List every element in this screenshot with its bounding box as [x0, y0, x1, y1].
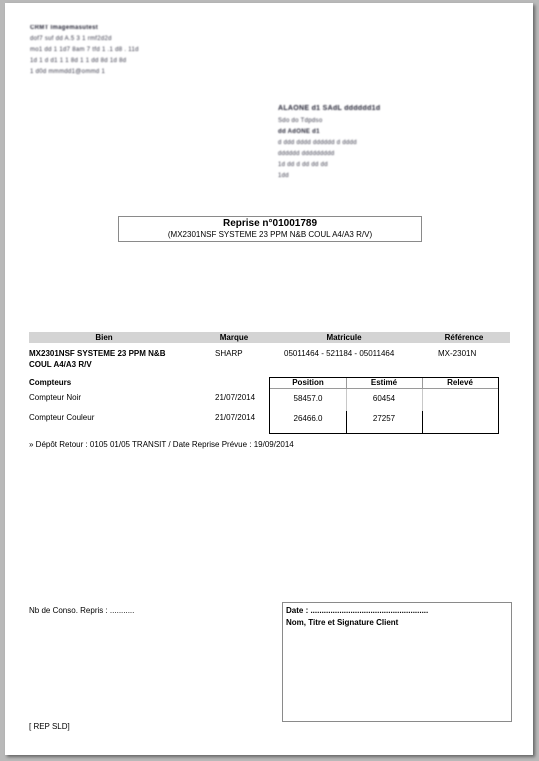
- footer-code: [ REP SLD]: [29, 721, 70, 732]
- estime-value: 60454: [346, 393, 422, 404]
- header-releve: Relevé: [422, 378, 498, 388]
- column-divider: [422, 411, 423, 433]
- signature-date-line: Date : .................................…: [286, 606, 428, 616]
- header-matricule: Matricule: [289, 332, 399, 343]
- sender-line: mo1 dd 1 1d7 8am 7 tfd 1 .1 d8 . 11d: [30, 45, 139, 56]
- column-divider: [422, 378, 423, 388]
- bien-line-2: COUL A4/A3 R/V: [29, 359, 92, 370]
- recipient-line: d ddd dddd dddddd d dddd: [278, 138, 380, 149]
- header-marque: Marque: [209, 332, 259, 343]
- title-box: Reprise n°01001789 (MX2301NSF SYSTEME 23…: [118, 216, 422, 242]
- marque-value: SHARP: [215, 348, 243, 359]
- counter-name: Compteur Noir: [29, 392, 81, 403]
- recipient-line: 1dd: [278, 171, 380, 182]
- position-value: 58457.0: [270, 393, 346, 404]
- header-reference: Référence: [429, 332, 499, 343]
- depot-return-line: » Dépôt Retour : 0105 01/05 TRANSIT / Da…: [29, 440, 294, 450]
- recipient-line: dddddd ddddddddd: [278, 149, 380, 160]
- reprise-number: Reprise n°01001789: [119, 218, 421, 230]
- counter-date: 21/07/2014: [215, 412, 255, 423]
- matricule-value: 05011464 - 521184 - 05011464: [284, 348, 394, 359]
- position-value: 26466.0: [270, 413, 346, 424]
- recipient-address-block: ALAONE d1 SAdL dddddd1d Sdo do Tdpdso dd…: [278, 103, 380, 182]
- counter-name: Compteur Couleur: [29, 412, 94, 423]
- signature-label: Nom, Titre et Signature Client: [286, 618, 398, 628]
- sender-line: 1d 1 d d1 1 1 8d 1 1 dd 8d 1d 8d: [30, 56, 139, 67]
- sender-line: 1 d0d mmmdd1@ommd 1: [30, 67, 139, 78]
- recipient-line: ALAONE d1 SAdL dddddd1d: [278, 103, 380, 114]
- column-divider: [346, 378, 347, 388]
- counters-label: Compteurs: [29, 377, 71, 388]
- recipient-line: dd AdONE d1: [278, 127, 380, 138]
- header-estime: Estimé: [346, 378, 422, 388]
- bien-line-1: MX2301NSF SYSTEME 23 PPM N&B: [29, 348, 165, 359]
- header-bien: Bien: [29, 332, 179, 343]
- sender-address-block: CRMT Imagemasutest dof7 suf dd A.5 3 1 r…: [30, 23, 139, 78]
- column-divider: [422, 389, 423, 411]
- sender-line: dof7 suf dd A.5 3 1 rmf2d2d: [30, 34, 139, 45]
- counters-table: Position Estimé Relevé 58457.0 60454 264…: [269, 377, 499, 434]
- recipient-line: Sdo do Tdpdso: [278, 116, 380, 127]
- recipient-line: 1d dd d dd dd dd: [278, 160, 380, 171]
- reference-value: MX-2301N: [438, 348, 476, 359]
- reprise-description: (MX2301NSF SYSTEME 23 PPM N&B COUL A4/A3…: [119, 230, 421, 240]
- signature-box: Date : .................................…: [282, 602, 512, 722]
- document-page: CRMT Imagemasutest dof7 suf dd A.5 3 1 r…: [5, 3, 533, 755]
- equipment-table-header: Bien Marque Matricule Référence: [29, 332, 510, 343]
- header-position: Position: [270, 378, 346, 388]
- consumables-line: Nb de Conso. Repris : ...........: [29, 605, 134, 616]
- estime-value: 27257: [346, 413, 422, 424]
- counter-date: 21/07/2014: [215, 392, 255, 403]
- counters-table-header: Position Estimé Relevé: [270, 378, 498, 389]
- sender-line: CRMT Imagemasutest: [30, 23, 139, 34]
